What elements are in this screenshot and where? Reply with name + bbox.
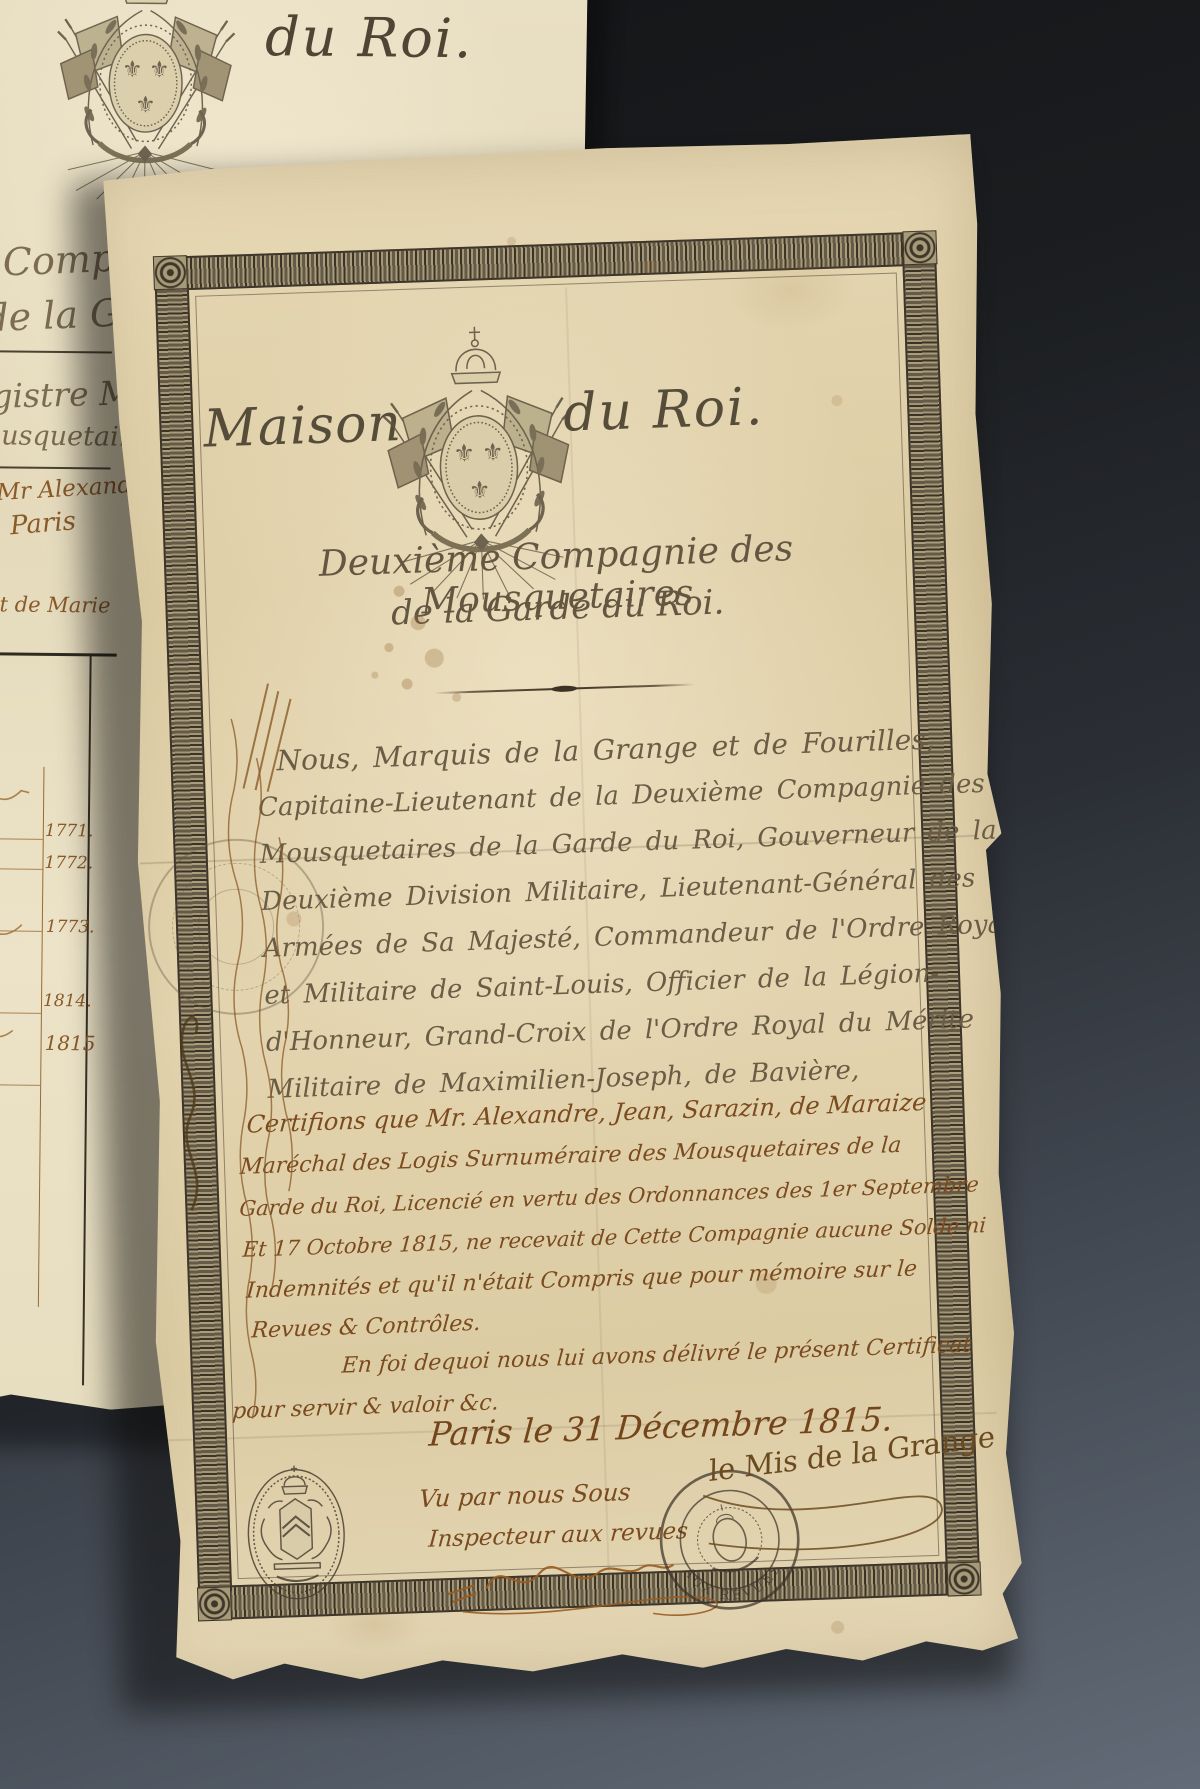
back-fragment-paris: Paris	[9, 506, 77, 541]
border-corner-rosette	[902, 230, 937, 265]
printed-paragraph: Nous, Marquis de la Grange et de Fourill…	[256, 716, 932, 1114]
back-table-year: 1772.	[44, 853, 93, 874]
border-corner-rosette	[153, 255, 188, 290]
imperial-oval-emblem	[242, 1455, 351, 1608]
border-corner-rosette	[197, 1586, 232, 1621]
back-table-year: 1771.	[45, 821, 94, 842]
pen-strokes	[234, 676, 308, 798]
certificate-document: Maison du Roi. Deuxième Compagnie des Mo…	[87, 134, 1029, 1695]
grange-signature-flourish	[690, 1465, 973, 1584]
back-handwriting-fragments	[0, 784, 43, 1115]
photograph-scene: du Roi. Compag de la Ga gistre M ousquet…	[0, 0, 1200, 1789]
header-du-roi: du Roi.	[562, 377, 765, 444]
back-table-year: 1814.	[43, 991, 92, 1012]
back-table-year: 1773.	[46, 917, 95, 938]
vertical-signature	[161, 1000, 218, 1222]
back-table-year: 1815	[44, 1031, 95, 1056]
back-header-du-roi: du Roi.	[265, 5, 474, 70]
